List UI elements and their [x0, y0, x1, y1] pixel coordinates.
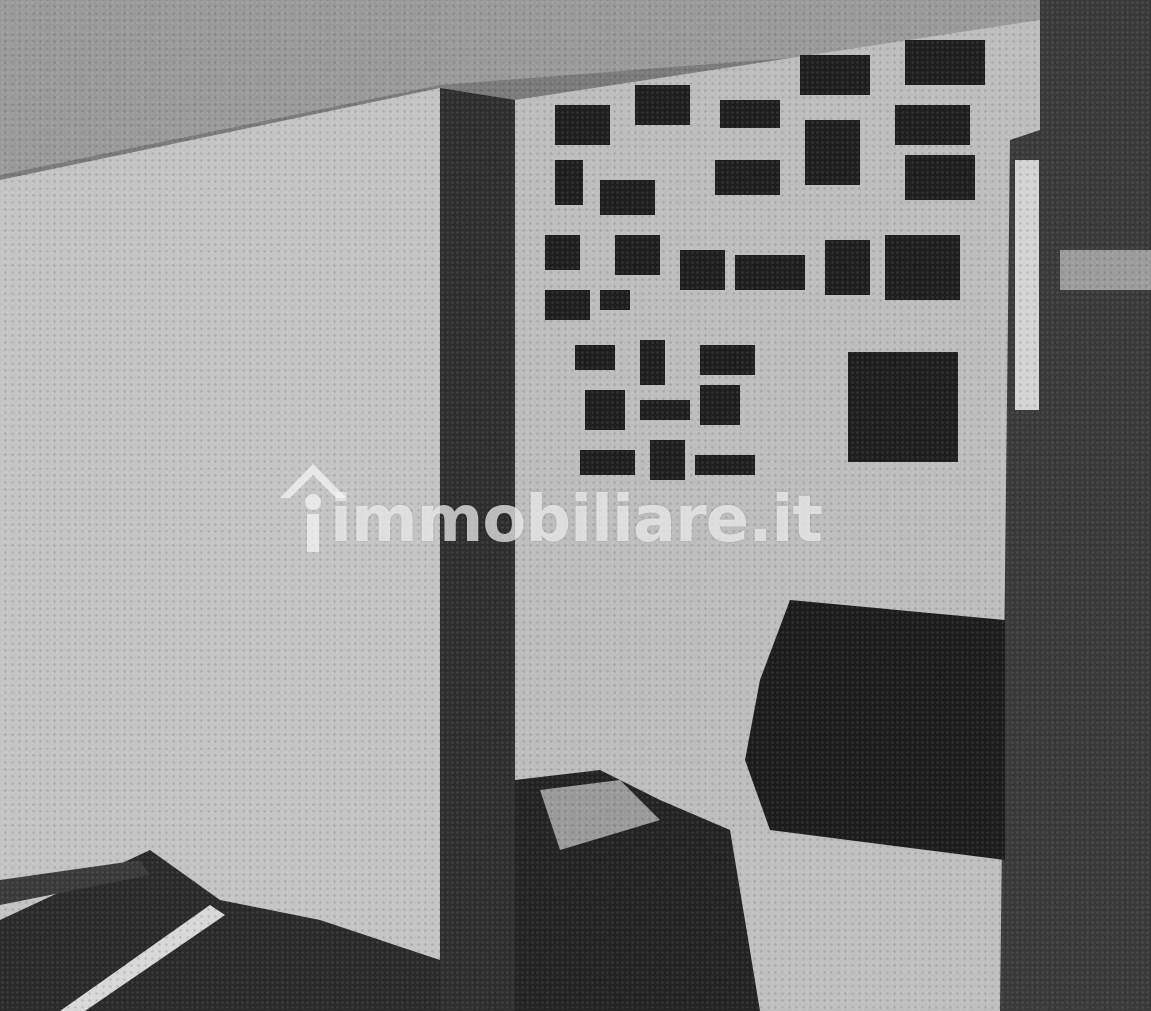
- dark-opening: [745, 600, 1005, 860]
- photo: immobiliare.it: [0, 0, 1151, 1011]
- watermark-text: immobiliare.it: [330, 488, 822, 554]
- watermark: immobiliare.it: [278, 462, 822, 554]
- house-icon: [278, 462, 348, 554]
